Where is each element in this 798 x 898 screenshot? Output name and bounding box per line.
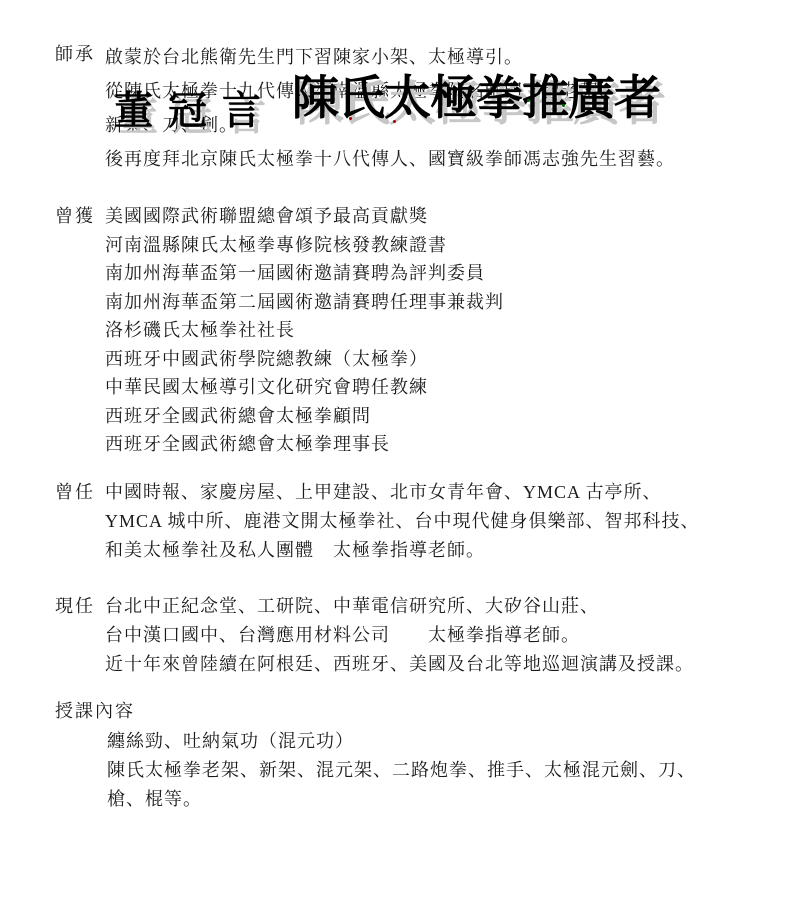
scan-artifact-dot [393, 120, 396, 123]
award-line: 西班牙中國武術學院總教練（太極拳） [105, 345, 768, 374]
section-xianren: 現任 台北中正紀念堂、工研院、中華電信研究所、大矽谷山莊、 台中漢口國中、台灣應… [55, 592, 768, 679]
section-zenghuo: 曾獲 美國國際武術聯盟總會頌予最高貢獻獎 河南溫縣陳氏太極拳專修院核發教練證書 … [55, 202, 768, 459]
bio-line: 後再度拜北京陳氏太極拳十八代傳人、國寶級拳師馮志強先生習藝。 [105, 142, 768, 176]
bio-line: 啟蒙於台北熊衛先生門下習陳家小架、太極導引。 [105, 40, 768, 74]
section-label-shouke: 授課內容 [55, 697, 696, 723]
position-line: 台北中正紀念堂、工研院、中華電信研究所、大矽谷山莊、 [105, 592, 768, 621]
section-label-shicheng: 師承 [55, 40, 105, 66]
award-line: 西班牙全國武術總會太極拳理事長 [105, 430, 768, 459]
course-line: 陳氏太極拳老架、新架、混元架、二路炮拳、推手、太極混元劍、刀、 [107, 756, 696, 785]
document-page: 師承 啟蒙於台北熊衛先生門下習陳家小架、太極導引。 從陳氏太極拳十九代傳人河南溫… [0, 0, 798, 898]
award-line: 洛杉磯氏太極拳社社長 [105, 316, 768, 345]
scan-artifact-dot [562, 104, 565, 107]
position-line: 近十年來曾陸續在阿根廷、西班牙、美國及台北等地巡迴演講及授課。 [105, 650, 768, 679]
overlay-author-name: 董冠言 [114, 92, 276, 131]
position-line: 中國時報、家慶房屋、上甲建設、北市女青年會、YMCA 古亭所、 [105, 478, 768, 507]
section-lines-xianren: 台北中正紀念堂、工研院、中華電信研究所、大矽谷山莊、 台中漢口國中、台灣應用材料… [105, 592, 768, 679]
position-line: 台中漢口國中、台灣應用材料公司 太極拳指導老師。 [105, 621, 768, 650]
award-line: 南加州海華盃第一屆國術邀請賽聘為評判委員 [105, 259, 768, 288]
position-line: YMCA 城中所、鹿港文開太極拳社、台中現代健身俱樂部、智邦科技、 [105, 507, 768, 536]
scan-artifact-dot [349, 117, 352, 120]
section-label-zenghuo: 曾獲 [55, 202, 105, 228]
section-lines-zenghuo: 美國國際武術聯盟總會頌予最高貢獻獎 河南溫縣陳氏太極拳專修院核發教練證書 南加州… [105, 202, 768, 459]
course-line: 槍、棍等。 [107, 785, 696, 814]
section-label-zengren: 曾任 [55, 478, 105, 504]
award-line: 西班牙全國武術總會太極拳顧問 [105, 402, 768, 431]
award-line: 中華民國太極導引文化研究會聘任教練 [105, 373, 768, 402]
course-line: 纏絲勁、吐納氣功（混元功） [107, 727, 696, 756]
overlay-document-title: 陳氏太極拳推廣者 [292, 76, 660, 123]
award-line: 美國國際武術聯盟總會頌予最高貢獻獎 [105, 202, 768, 231]
section-lines-shouke: 纏絲勁、吐納氣功（混元功） 陳氏太極拳老架、新架、混元架、二路炮拳、推手、太極混… [107, 727, 696, 814]
section-label-xianren: 現任 [55, 592, 105, 618]
award-line: 南加州海華盃第二屆國術邀請賽聘任理事兼裁判 [105, 288, 768, 317]
section-lines-zengren: 中國時報、家慶房屋、上甲建設、北市女青年會、YMCA 古亭所、 YMCA 城中所… [105, 478, 768, 565]
section-zengren: 曾任 中國時報、家慶房屋、上甲建設、北市女青年會、YMCA 古亭所、 YMCA … [55, 478, 768, 565]
award-line: 河南溫縣陳氏太極拳專修院核發教練證書 [105, 231, 768, 260]
position-line: 和美太極拳社及私人團體 太極拳指導老師。 [105, 536, 768, 565]
scan-artifact-dot [527, 99, 530, 102]
section-shouke: 授課內容 纏絲勁、吐納氣功（混元功） 陳氏太極拳老架、新架、混元架、二路炮拳、推… [55, 697, 696, 814]
